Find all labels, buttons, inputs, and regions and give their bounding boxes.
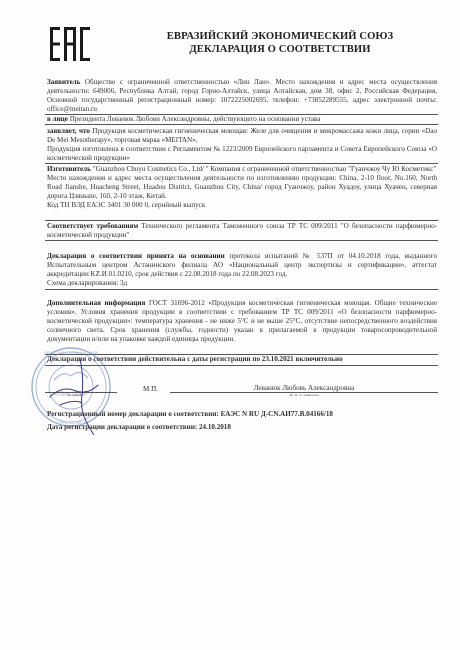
applicant-section: Заявитель Общество с ограниченной ответс… <box>47 78 437 114</box>
declares-text: Продукция косметическая гигиеническая мо… <box>47 127 437 144</box>
declares-label: заявляет, что <box>47 127 90 135</box>
eac-logo <box>50 27 90 61</box>
basis-section: Декларация о соответствии принята на осн… <box>47 252 437 288</box>
divider <box>45 124 438 125</box>
representative-text: Президента Леванюк Любови Александровны,… <box>70 115 321 123</box>
applicant-text: Общество с ограниченной ответственностью… <box>47 78 437 113</box>
document-title: ЕВРАЗИЙСКИЙ ЭКОНОМИЧЕСКИЙ СОЮЗ ДЕКЛАРАЦИ… <box>135 30 425 56</box>
registration-number: ЕАЭС N RU Д-CN.АИ77.В.04166/18 <box>221 410 333 418</box>
name-caption: (Ф. И. О. заявителя) <box>170 393 438 397</box>
customs-code: Код ТН ВЭД ЕАЭС 3401 30 000 0, серийный … <box>47 201 437 210</box>
declaration-page: ЕВРАЗИЙСКИЙ ЭКОНОМИЧЕСКИЙ СОЮЗ ДЕКЛАРАЦИ… <box>0 0 460 650</box>
manufacturer-address: Место нахождения и адрес места осуществл… <box>47 174 437 201</box>
title-declaration: ДЕКЛАРАЦИЯ О СООТВЕТСТВИИ <box>135 43 425 56</box>
representative-section: в лице Президента Леванюк Любови Алексан… <box>47 115 437 124</box>
registration-number-row: Регистрационный номер декларации о соотв… <box>47 410 333 418</box>
declaration-scheme: Схема декларирования: 3д <box>47 279 437 288</box>
divider <box>45 240 438 241</box>
applicant-label: Заявитель <box>47 78 80 86</box>
signatory-name: Леванюк Любовь Александровна <box>170 384 438 392</box>
eac-mark-icon <box>50 27 90 61</box>
registration-number-label: Регистрационный номер декларации о соотв… <box>47 410 219 418</box>
registration-date-label: Дата регистрации декларации о соответств… <box>47 423 197 431</box>
compliance-section: Соответствует требованиям Технического р… <box>47 222 437 240</box>
divider <box>45 220 438 221</box>
manufacturer-section: Изготовитель "Guanzhou Chuyu Cosmetics C… <box>47 165 437 210</box>
title-union: ЕВРАЗИЙСКИЙ ЭКОНОМИЧЕСКИЙ СОЮЗ <box>135 30 425 43</box>
registration-date: 24.10.2018 <box>199 423 231 431</box>
seal-place-label: М.П. <box>143 385 158 393</box>
additional-info-section: Дополнительная информация ГОСТ 31696-201… <box>47 299 437 344</box>
representative-label: в лице <box>47 115 68 123</box>
basis-label: Декларация о соответствии принята на осн… <box>47 252 225 260</box>
divider <box>45 163 438 164</box>
manufacturer-label: Изготовитель <box>47 165 91 173</box>
divider <box>45 289 438 290</box>
declares-regulation: Продукция изготовлена в соответствии с Р… <box>47 145 437 163</box>
registration-date-row: Дата регистрации декларации о соответств… <box>47 423 231 431</box>
manufacturer-text: "Guanzhou Chuyu Cosmetics Co., Ltd/ " Ко… <box>93 165 437 173</box>
declares-section: заявляет, что Продукция косметическая ги… <box>47 127 437 163</box>
additional-label: Дополнительная информация <box>47 299 145 307</box>
compliance-label: Соответствует требованиям <box>47 222 138 230</box>
